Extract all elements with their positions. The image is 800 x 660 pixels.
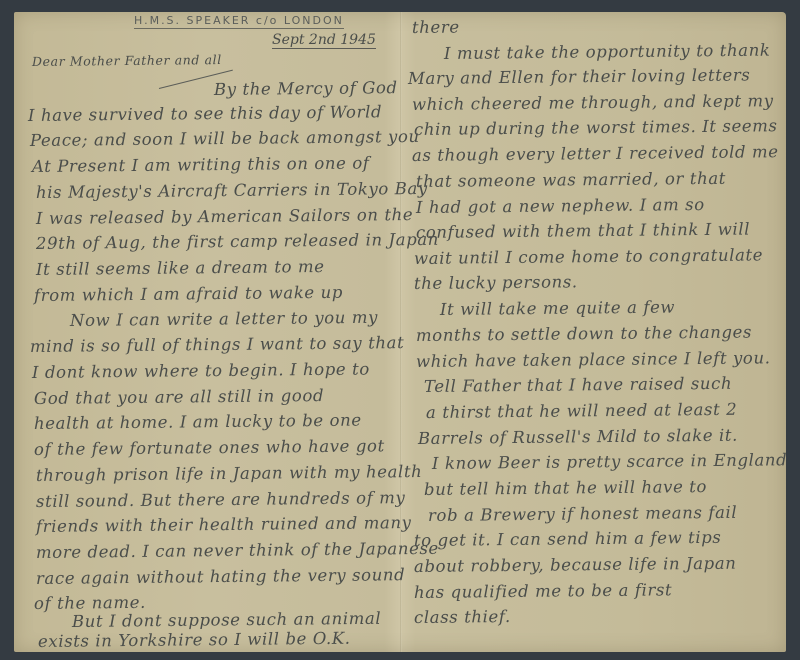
letter-line: class thief. [414,607,511,627]
letter-line: confused with them that I think I will [416,220,750,242]
letter-date: Sept 2nd 1945 [272,32,376,49]
letter-line: Mary and Ellen for their loving letters [408,65,751,88]
letter-line: I was released by American Sailors on th… [36,205,413,228]
letter-line: to get it. I can send him a few tips [414,528,722,550]
letter-line: Now I can write a letter to you my [70,308,378,330]
letter-line: exists in Yorkshire so I will be O.K. [38,629,351,651]
letter-line: has qualified me to be a first [414,580,672,602]
letter-line: I dont know where to begin. I hope to [32,359,370,382]
letter-line: from which I am afraid to wake up [34,283,343,305]
letter-line: I must take the opportunity to thank [444,41,771,63]
letter-line: race again without hating the very sound [36,565,405,588]
letter-line: his Majesty's Aircraft Carriers in Tokyo… [36,179,428,202]
letter-line: I have survived to see this day of World [28,102,382,125]
letter-line: Tell Father that I have raised such [424,374,732,396]
letter-line: rob a Brewery if honest means fail [428,503,737,525]
letter-line: By the Mercy of God [214,78,398,99]
letter-line: there [412,18,460,37]
letter-line: of the few fortunate ones who have got [34,436,385,459]
letter-line: But I dont suppose such an animal [72,609,381,631]
letter-line: I know Beer is pretty scarce in England [432,450,787,473]
letter-line: mind is so full of things I want to say … [30,333,404,356]
letter-line: which have taken place since I left you. [416,348,771,371]
letter-line: God that you are all still in good [34,386,324,408]
letter-line: friends with their health ruined and man… [36,513,412,536]
letter-line: a thirst that he will need at least 2 [426,400,737,422]
salutation: Dear Mother Father and all [32,52,222,69]
letter-line: health at home. I am lucky to be one [34,411,362,433]
letter-line: It will take me quite a few [440,298,675,319]
letter-line: wait until I come home to congratulate [414,245,763,268]
letter-line: 29th of Aug, the first camp released in … [36,230,439,253]
right-page: there I must take the opportunity to tha… [402,12,786,652]
letter-line: through prison life in Japan with my hea… [36,462,423,485]
letter-line: which cheered me through, and kept my [412,91,774,114]
letter-line: as though every letter I received told m… [412,142,779,165]
letter-line: of the name. [34,593,146,613]
letter-sheet: H.M.S. SPEAKER c/o LONDON Sept 2nd 1945 … [14,12,786,652]
letter-line: about robbery, because life in Japan [414,554,737,576]
letter-line: still sound. But there are hundreds of m… [36,488,406,511]
letter-line: months to settle down to the changes [416,322,752,345]
ship-address: H.M.S. SPEAKER c/o LONDON [134,14,344,29]
letter-line: the lucky persons. [414,272,578,293]
letter-line: Peace; and soon I will be back amongst y… [30,127,420,150]
letter-line: Barrels of Russell's Mild to slake it. [418,426,738,448]
letter-line: but tell him that he will have to [424,477,707,499]
letter-line: At Present I am writing this on one of [32,153,370,176]
letter-line: that someone was married, or that [416,169,726,191]
letter-line: chin up during the worst times. It seems [414,116,778,139]
letter-line: I had got a new nephew. I am so [416,195,705,217]
letter-line: It still seems like a dream to me [36,257,325,279]
letter-line: more dead. I can never think of the Japa… [36,539,439,562]
left-page: H.M.S. SPEAKER c/o LONDON Sept 2nd 1945 … [14,12,400,652]
scanned-letter: H.M.S. SPEAKER c/o LONDON Sept 2nd 1945 … [0,0,800,660]
